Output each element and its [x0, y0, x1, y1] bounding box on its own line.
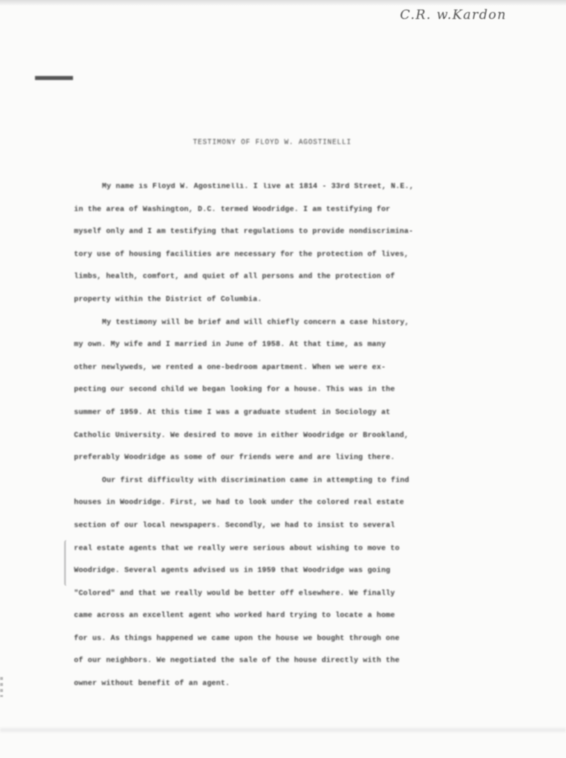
text-line: Our first difficulty with discrimination… — [74, 470, 514, 493]
text-line: real estate agents that we really were s… — [74, 538, 514, 561]
text-line: tory use of housing facilities are neces… — [74, 244, 514, 267]
text-line: My name is Floyd W. Agostinelli. I live … — [74, 176, 514, 199]
document-title: TESTIMONY OF FLOYD W. AGOSTINELLI — [193, 139, 351, 147]
scan-specks — [0, 677, 3, 697]
text-line: My testimony will be brief and will chie… — [74, 312, 514, 335]
text-line: preferably Woodridge as some of our frie… — [74, 447, 514, 470]
scanned-page: C.R. w.Kardon TESTIMONY OF FLOYD W. AGOS… — [0, 0, 566, 758]
text-line: section of our local newspapers. Secondl… — [74, 515, 514, 538]
text-line: for us. As things happened we came upon … — [74, 628, 514, 651]
text-line: myself only and I am testifying that reg… — [74, 221, 514, 244]
handwritten-note: C.R. w.Kardon — [400, 8, 507, 23]
text-line: property within the District of Columbia… — [74, 289, 514, 312]
text-line: came across an excellent agent who worke… — [74, 605, 514, 628]
page-top-edge — [0, 0, 566, 6]
text-line: owner without benefit of an agent. — [74, 673, 514, 696]
text-line: summer of 1959. At this time I was a gra… — [74, 402, 514, 425]
text-line: in the area of Washington, D.C. termed W… — [74, 199, 514, 222]
text-line: houses in Woodridge. First, we had to lo… — [74, 492, 514, 515]
document-body: My name is Floyd W. Agostinelli. I live … — [74, 176, 514, 696]
dash-mark — [35, 76, 73, 80]
page-bottom-edge — [0, 728, 566, 732]
text-line: limbs, health, comfort, and quiet of all… — [74, 266, 514, 289]
text-line: Woodridge. Several agents advised us in … — [74, 560, 514, 583]
text-line: my own. My wife and I married in June of… — [74, 334, 514, 357]
text-line: pecting our second child we began lookin… — [74, 379, 514, 402]
margin-bracket-mark — [64, 540, 69, 586]
text-line: Catholic University. We desired to move … — [74, 425, 514, 448]
text-line: of our neighbors. We negotiated the sale… — [74, 650, 514, 673]
text-line: "Colored" and that we really would be be… — [74, 583, 514, 606]
text-line: other newlyweds, we rented a one-bedroom… — [74, 357, 514, 380]
